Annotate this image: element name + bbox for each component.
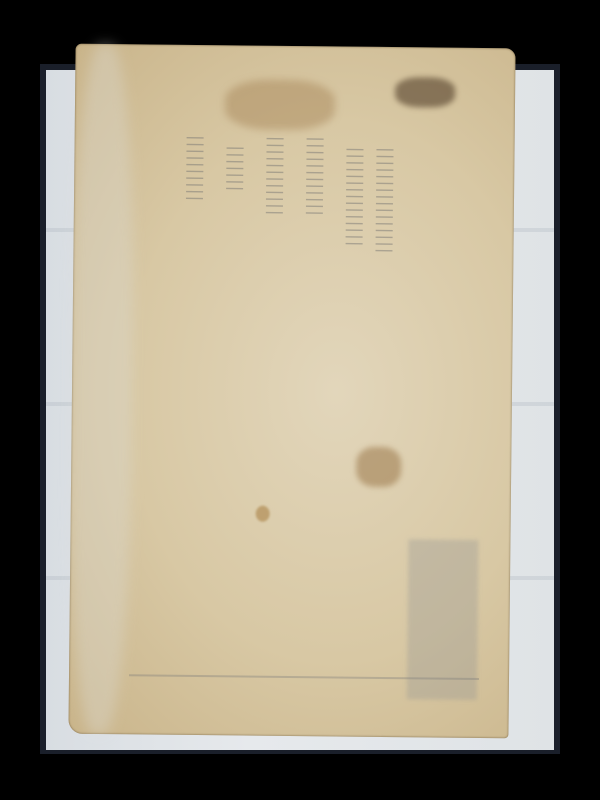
bleed-text-column: |||||||||| [184, 135, 205, 202]
bleed-text-column: |||||||||||||||| [373, 147, 394, 255]
bleed-text-column: |||||||||||| [264, 136, 285, 217]
faded-edge [68, 44, 135, 735]
grey-bleed-block [407, 539, 479, 700]
aged-document: |||||||||||||||| ||||||||||||||| |||||||… [68, 44, 515, 739]
bleed-text-column: ||||||||||||||| [344, 147, 365, 248]
bleed-text-column: |||||||||||| [304, 136, 325, 217]
water-stain-top [225, 79, 336, 130]
stain-dot [256, 506, 270, 522]
dark-stain-top-right [395, 77, 455, 108]
bleed-text-column: ||||||| [224, 145, 244, 192]
stain-middle [356, 447, 401, 487]
